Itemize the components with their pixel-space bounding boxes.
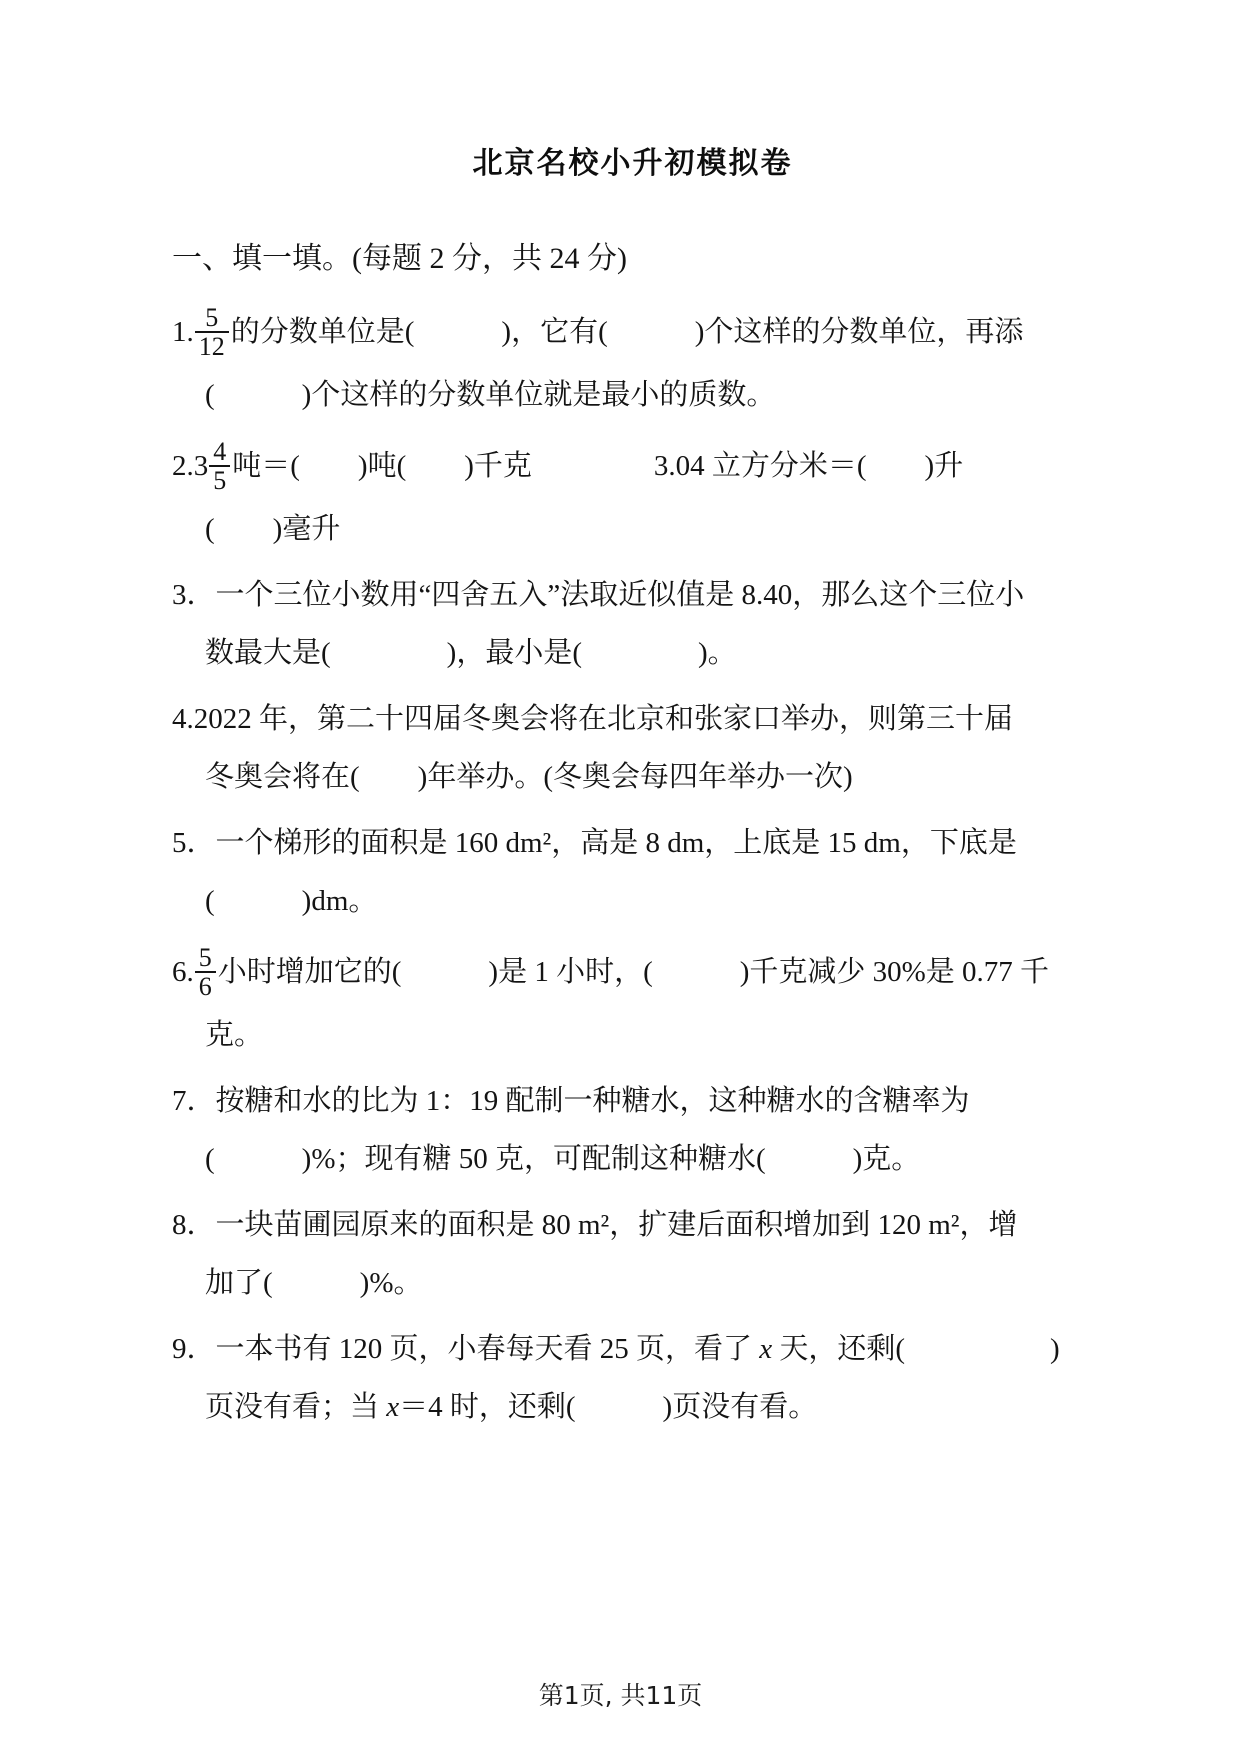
question-8: 8．一块苗圃园原来的面积是 80 m²，扩建后面积增加到 120 m²，增 加了… <box>172 1196 1093 1312</box>
q5-line-2: ( )dm。 <box>172 872 1093 930</box>
q1-line-2: ( )个这样的分数单位就是最小的质数。 <box>172 366 1093 424</box>
q6-number: 6. <box>172 956 194 988</box>
question-2: 2.345吨＝( )吨( )千克3.04 立方分米＝( )升 ( )毫升 <box>172 432 1093 558</box>
page-title: 北京名校小升初模拟卷 <box>172 138 1093 182</box>
q9-line-1: 9．一本书有 120 页，小春每天看 25 页，看了 x 天，还剩( ) <box>172 1320 1093 1378</box>
q3-line-2: 数最大是( )，最小是( )。 <box>172 624 1093 682</box>
question-9: 9．一本书有 120 页，小春每天看 25 页，看了 x 天，还剩( ) 页没有… <box>172 1320 1093 1436</box>
q1-fraction: 512 <box>195 304 229 361</box>
question-1: 1.512的分数单位是( )，它有( )个这样的分数单位，再添 ( )个这样的分… <box>172 298 1093 424</box>
q4-line-1: 4.2022 年，第二十四届冬奥会将在北京和张家口举办，则第三十届 <box>172 690 1093 748</box>
section-heading: 一、填一填。(每题 2 分，共 24 分) <box>172 230 1093 288</box>
q2-fraction-denominator: 5 <box>209 465 230 494</box>
q9-text-1a: 9．一本书有 120 页，小春每天看 25 页，看了 <box>172 1333 759 1365</box>
q6-line-1: 6.56小时增加它的( )是 1 小时，( )千克减少 30%是 0.77 千 <box>172 938 1093 1006</box>
q9-text-1b: 天，还剩( ) <box>772 1333 1060 1365</box>
question-4: 4.2022 年，第二十四届冬奥会将在北京和张家口举办，则第三十届 冬奥会将在(… <box>172 690 1093 806</box>
q9-text-2a: 页没有看；当 <box>205 1391 386 1423</box>
q8-line-2: 加了( )%。 <box>172 1254 1093 1312</box>
q2-text-right: 3.04 立方分米＝( )升 <box>654 450 963 482</box>
question-6: 6.56小时增加它的( )是 1 小时，( )千克减少 30%是 0.77 千 … <box>172 938 1093 1064</box>
q6-fraction-denominator: 6 <box>195 971 216 1000</box>
q1-fraction-numerator: 5 <box>201 304 222 331</box>
q5-line-1: 5．一个梯形的面积是 160 dm²，高是 8 dm，上底是 15 dm，下底是 <box>172 814 1093 872</box>
question-7: 7．按糖和水的比为 1：19 配制一种糖水，这种糖水的含糖率为 ( )%；现有糖… <box>172 1072 1093 1188</box>
exam-page: 北京名校小升初模拟卷 一、填一填。(每题 2 分，共 24 分) 1.512的分… <box>0 0 1241 1436</box>
question-5: 5．一个梯形的面积是 160 dm²，高是 8 dm，上底是 15 dm，下底是… <box>172 814 1093 930</box>
q9-line-2: 页没有看；当 x＝4 时，还剩( )页没有看。 <box>172 1378 1093 1436</box>
q2-text-left: 吨＝( )吨( )千克 <box>232 450 532 482</box>
q1-text-1: 的分数单位是( )，它有( )个这样的分数单位，再添 <box>231 316 1024 348</box>
q7-line-1: 7．按糖和水的比为 1：19 配制一种糖水，这种糖水的含糖率为 <box>172 1072 1093 1130</box>
q6-text-1: 小时增加它的( )是 1 小时，( )千克减少 30%是 0.77 千 <box>218 956 1049 988</box>
q2-line-2: ( )毫升 <box>172 500 1093 558</box>
q2-fraction: 45 <box>209 438 230 495</box>
page-number-footer: 第1页, 共11页 <box>0 1676 1241 1712</box>
q6-fraction: 56 <box>195 944 216 1001</box>
q6-line-2: 克。 <box>172 1006 1093 1064</box>
question-3: 3．一个三位小数用“四舍五入”法取近似值是 8.40，那么这个三位小 数最大是(… <box>172 566 1093 682</box>
q2-fraction-numerator: 4 <box>209 438 230 465</box>
q7-line-2: ( )%；现有糖 50 克，可配制这种糖水( )克。 <box>172 1130 1093 1188</box>
q1-line-1: 1.512的分数单位是( )，它有( )个这样的分数单位，再添 <box>172 298 1093 366</box>
q3-line-1: 3．一个三位小数用“四舍五入”法取近似值是 8.40，那么这个三位小 <box>172 566 1093 624</box>
q1-fraction-denominator: 12 <box>195 331 229 360</box>
q8-line-1: 8．一块苗圃园原来的面积是 80 m²，扩建后面积增加到 120 m²，增 <box>172 1196 1093 1254</box>
q2-number: 2.3 <box>172 450 208 482</box>
q4-line-2: 冬奥会将在( )年举办。(冬奥会每四年举办一次) <box>172 748 1093 806</box>
q9-variable-x-2: x <box>386 1391 399 1423</box>
q1-number: 1. <box>172 316 194 348</box>
q2-line-1: 2.345吨＝( )吨( )千克3.04 立方分米＝( )升 <box>172 432 1093 500</box>
q6-fraction-numerator: 5 <box>195 944 216 971</box>
q9-variable-x: x <box>759 1333 772 1365</box>
q9-text-2b: ＝4 时，还剩( )页没有看。 <box>399 1391 817 1423</box>
